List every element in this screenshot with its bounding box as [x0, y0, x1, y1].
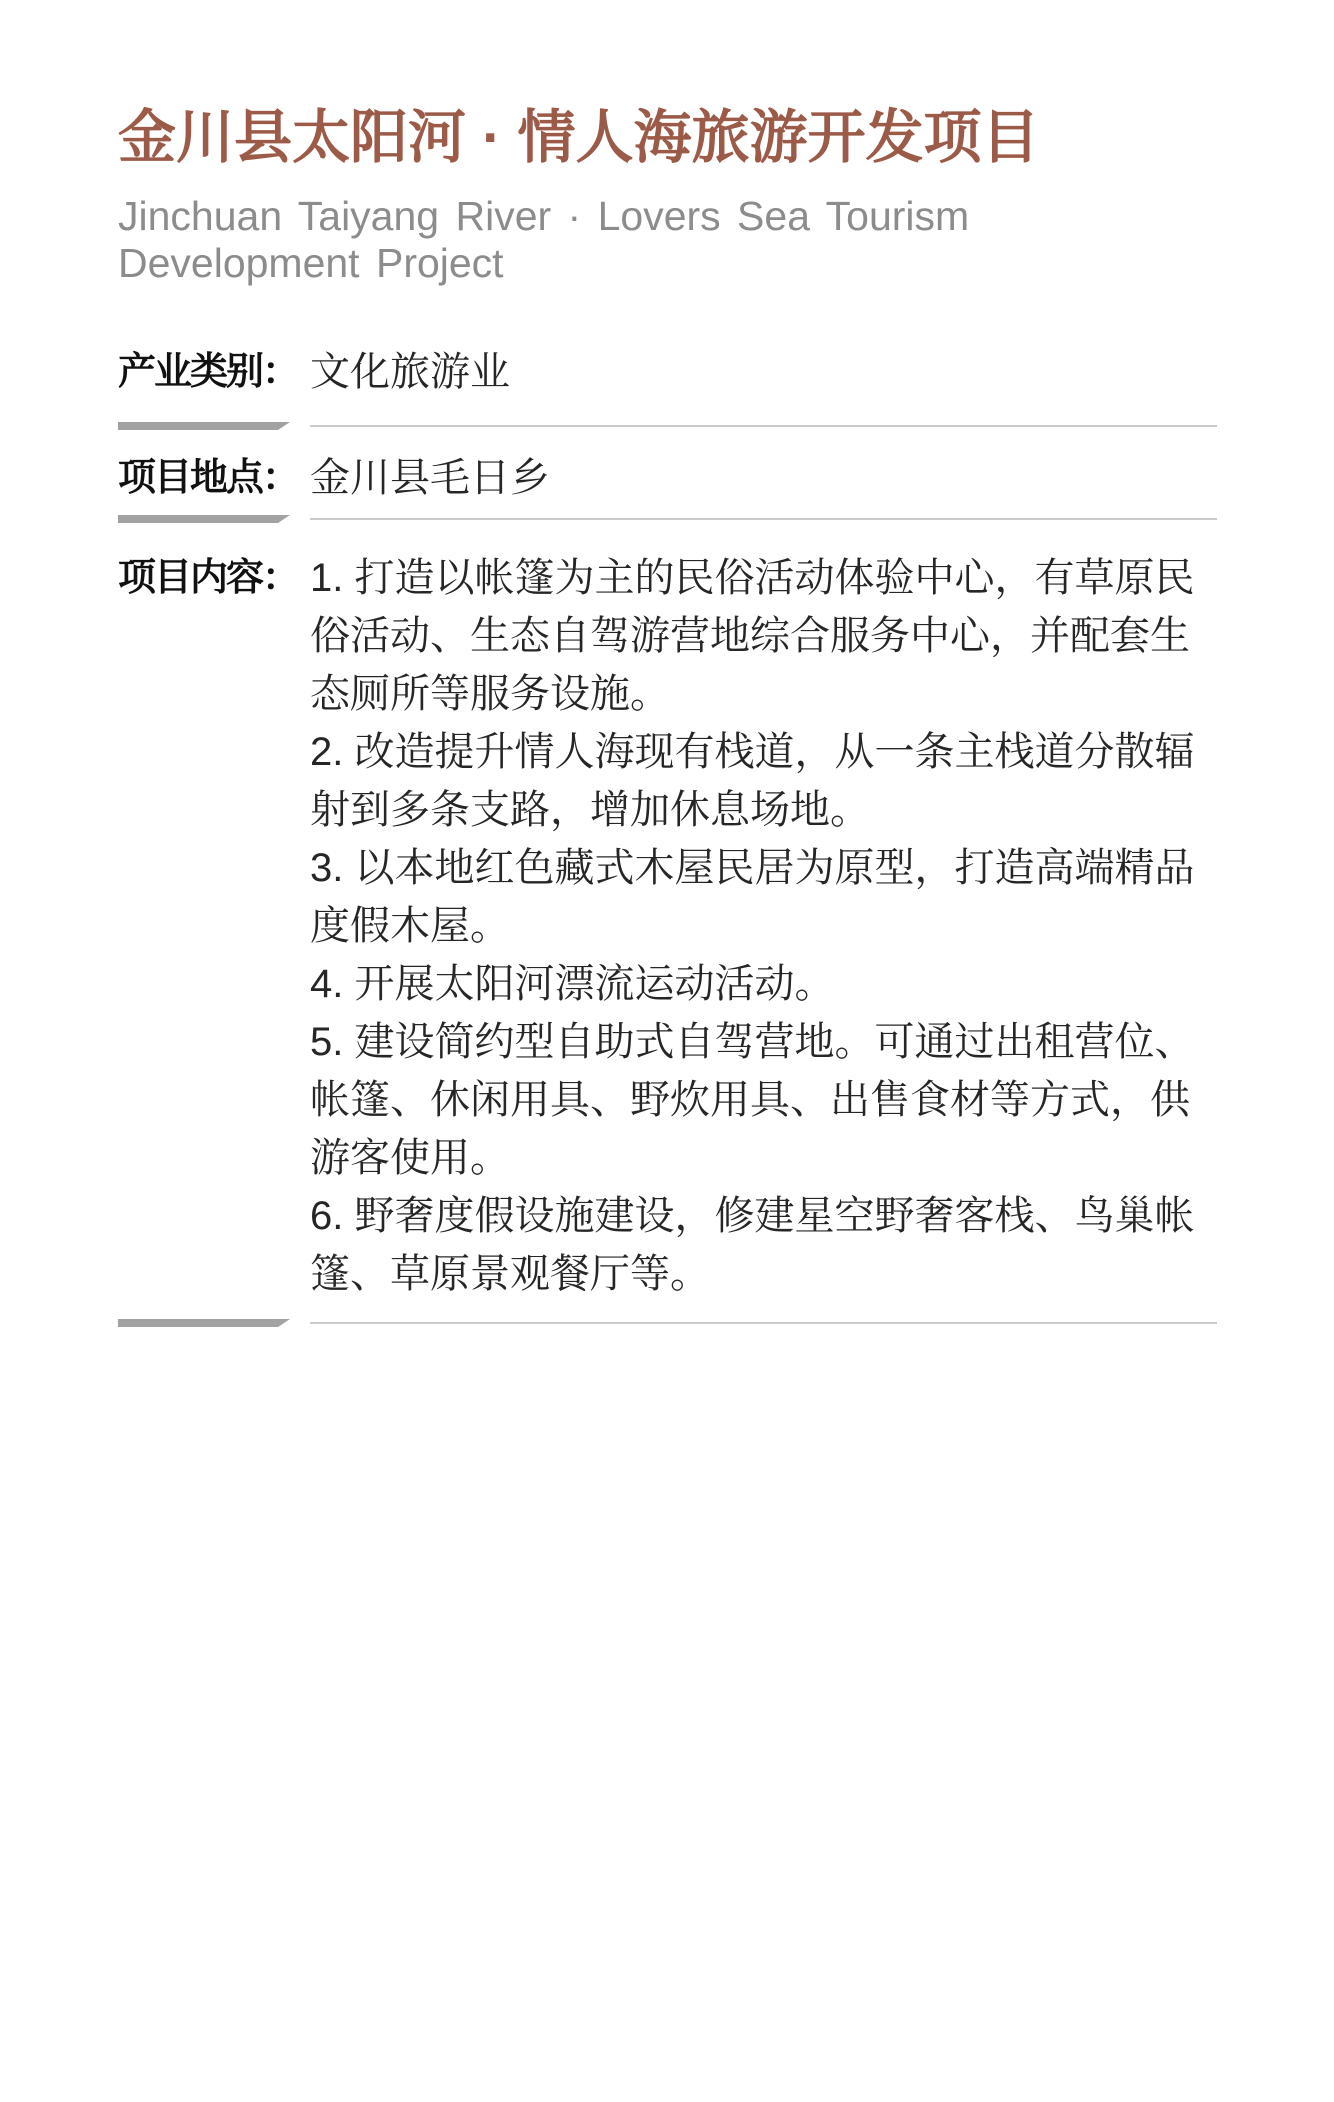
section-divider: [118, 1319, 1217, 1327]
project-content-item: 2. 改造提升情人海现有栈道，从一条主栈道分散辐射到多条支路，增加休息场地。: [310, 723, 1217, 839]
industry-category-label: 产业类别：: [118, 348, 310, 396]
field-row-project-content: 项目内容： 1. 打造以帐篷为主的民俗活动体验中心，有草原民俗活动、生态自驾游营…: [118, 549, 1217, 1303]
project-content-item: 6. 野奢度假设施建设，修建星空野奢客栈、鸟巢帐篷、草原景观餐厅等。: [310, 1187, 1217, 1303]
section-divider: [118, 515, 1217, 523]
divider-accent-bar: [118, 422, 290, 430]
project-info-page: 金川县太阳河 · 情人海旅游开发项目 Jinchuan Taiyang Rive…: [0, 0, 1334, 2102]
project-location-value: 金川县毛日乡: [310, 454, 1217, 502]
project-content-item: 1. 打造以帐篷为主的民俗活动体验中心，有草原民俗活动、生态自驾游营地综合服务中…: [310, 549, 1217, 723]
divider-line: [310, 1322, 1217, 1324]
project-info-table: 产业类别： 文化旅游业 项目地点： 金川县毛日乡 项目内容： 1. 打造以帐篷为…: [118, 340, 1217, 1327]
project-content-item: 3. 以本地红色藏式木屋民居为原型，打造高端精品度假木屋。: [310, 839, 1217, 955]
page-subtitle-english: Jinchuan Taiyang River · Lovers Sea Tour…: [118, 193, 1118, 287]
project-location-label: 项目地点：: [118, 454, 310, 502]
project-content-item: 4. 开展太阳河漂流运动活动。: [310, 955, 1217, 1013]
field-row-project-location: 项目地点： 金川县毛日乡: [118, 454, 1217, 502]
divider-accent-bar: [118, 1319, 290, 1327]
project-content-item: 5. 建设简约型自助式自驾营地。可通过出租营位、帐篷、休闲用具、野炊用具、出售食…: [310, 1013, 1217, 1187]
divider-accent-bar: [118, 515, 290, 523]
industry-category-value: 文化旅游业: [310, 348, 1217, 396]
page-title: 金川县太阳河 · 情人海旅游开发项目: [118, 103, 1218, 173]
field-row-industry-category: 产业类别： 文化旅游业: [118, 340, 1217, 396]
project-content-label: 项目内容：: [118, 549, 310, 607]
section-divider: [118, 422, 1217, 430]
project-content-list: 1. 打造以帐篷为主的民俗活动体验中心，有草原民俗活动、生态自驾游营地综合服务中…: [310, 549, 1217, 1303]
divider-line: [310, 425, 1217, 427]
divider-line: [310, 518, 1217, 520]
